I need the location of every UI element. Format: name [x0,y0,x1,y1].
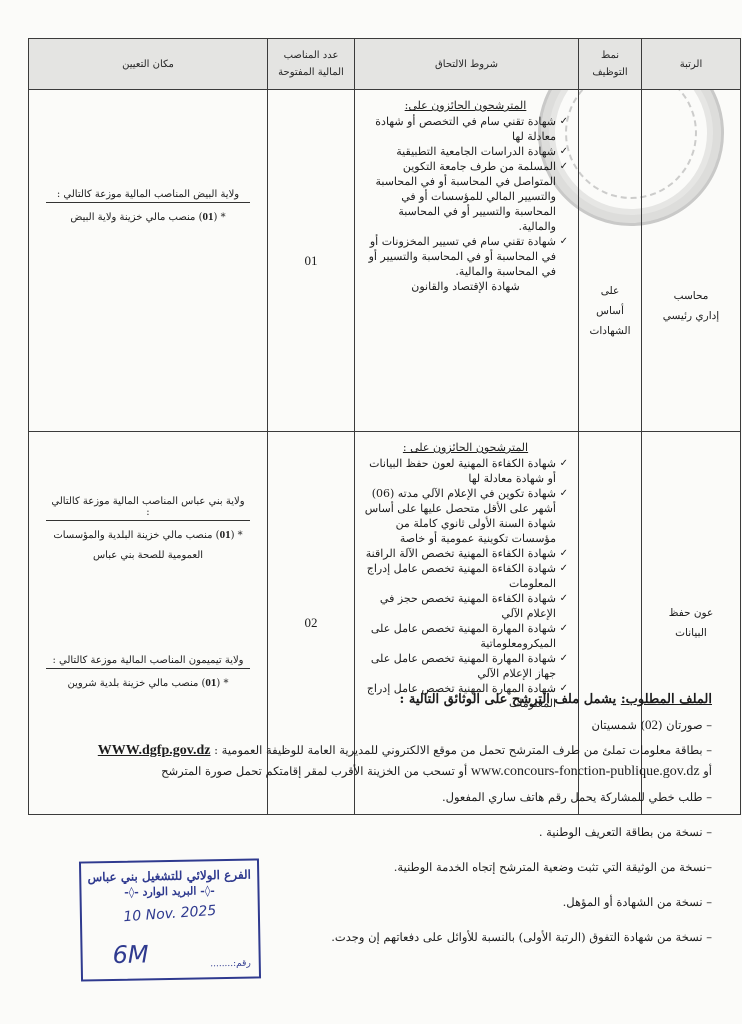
condition-item: ✓شهادة الكفاءة المهنية تخصص الآلة الراقن… [363,546,568,561]
table-header-row: الرتبة نمطالتوظيف شروط الالتحاق عدد المن… [29,39,741,90]
reception-stamp: الفرع الولائي للتشغيل بني عباس -◊- البري… [79,858,261,981]
table-row: محاسبإداري رئيسي على أساس الشهادات المتر… [29,90,741,432]
checkmark-icon: ✓ [560,486,568,501]
wilaya-block: ولاية تيميمون المناصب المالية موزعة كالت… [37,648,259,694]
stamp-mail: -◊- البريد الوارد -◊- [81,883,257,899]
wilaya-heading: ولاية بني عباس المناصب المالية موزعة كال… [46,496,249,521]
checkmark-icon: ✓ [560,456,568,471]
open-posts-count: 01 [268,90,355,432]
header-assignment-place: مكان التعيين [29,39,268,90]
conditions-lead: المترشحون الحائزون على : [363,440,568,455]
condition-item: ✓المسلمة من طرف جامعة التكوين المتواصل ف… [363,159,568,234]
assignment-place-cell: ولاية البيض المناصب المالية موزعة كالتال… [29,90,268,432]
condition-item: ✓شهادة المهارة المهنية تخصص عامل على الم… [363,621,568,651]
doc-info-card-alt: أو www.concours-fonction-publique.gov.dz… [12,763,712,780]
post-line: * (01) منصب مالي خزينة بلدية شروين [37,673,259,694]
condition-item: ✓شهادة تقني سام في تسيير المخزونات أو في… [363,234,568,279]
recruitment-mode-cell: على أساس الشهادات [579,90,642,432]
stamp-office: الفرع الولائي للتشغيل بني عباس [81,867,257,884]
checkmark-icon: ✓ [560,561,568,576]
checkmark-icon: ✓ [560,234,568,249]
header-grade: الرتبة [642,39,741,90]
conditions-lead: المترشحون الحائزون على: [363,98,568,113]
condition-tail: شهادة الإقتصاد والقانون [363,279,568,294]
doc-id-card: – نسخة من بطاقة التعريف الوطنية . [12,824,712,840]
checkmark-icon: ✓ [560,591,568,606]
checkmark-icon: ✓ [560,621,568,636]
checkmark-icon: ✓ [560,159,568,174]
wilaya-heading: ولاية تيميمون المناصب المالية موزعة كالت… [46,655,249,669]
condition-item: ✓شهادة الكفاءة المهنية تخصص حجز في الإعل… [363,591,568,621]
doc-info-card: – بطاقة معلومات تملئ من طرف المترشح تحمل… [12,742,712,759]
checkmark-icon: ✓ [560,144,568,159]
conditions-cell: المترشحون الحائزون على: ✓شهادة تقني سام … [355,90,579,432]
condition-item: ✓شهادة تكوين في الإعلام الآلي مدته (06) … [363,486,568,546]
stamp-signature: 6M [112,940,148,969]
dgfp-link[interactable]: WWW.dgfp.gov.dz [98,743,211,758]
header-open-posts: عدد المناصبالمالية المفتوحة [268,39,355,90]
document-page: الرتبة نمطالتوظيف شروط الالتحاق عدد المن… [0,0,742,1024]
checkmark-icon: ✓ [560,114,568,129]
checkmark-icon: ✓ [560,546,568,561]
concours-link[interactable]: www.concours-fonction-publique.gov.dz [471,764,700,779]
header-recruitment-mode: نمطالتوظيف [579,39,642,90]
post-line: * (01) منصب مالي خزينة ولاية البيض [37,207,259,228]
wilaya-block: ولاية بني عباس المناصب المالية موزعة كال… [37,496,259,566]
header-conditions: شروط الالتحاق [355,39,579,90]
condition-item: ✓شهادة المهارة المهنية تخصص عامل على جها… [363,651,568,681]
required-documents-title: الملف المطلوب: يشمل ملف الترشح على الوثا… [12,692,712,707]
doc-application: – طلب خطي للمشاركة يحمل رقم هاتف ساري ال… [12,789,712,805]
condition-item: ✓شهادة الدراسات الجامعية التطبيقية [363,144,568,159]
grade-cell: محاسبإداري رئيسي [642,90,741,432]
condition-item: ✓شهادة الكفاءة المهنية لعون حفظ البيانات… [363,456,568,486]
checkmark-icon: ✓ [560,651,568,666]
wilaya-block: ولاية البيض المناصب المالية موزعة كالتال… [37,182,259,228]
condition-item: ✓شهادة تقني سام في التخصص أو شهادة معادل… [363,114,568,144]
post-line: * (01) منصب مالي خزينة البلدية والمؤسسات… [37,525,259,566]
condition-item: ✓شهادة الكفاءة المهنية تخصص عامل إدراج ا… [363,561,568,591]
wilaya-heading: ولاية البيض المناصب المالية موزعة كالتال… [46,189,249,203]
stamp-date: 10 Nov. 2025 [82,900,259,928]
doc-photos: – صورتان (02) شمسيتان [12,717,712,733]
